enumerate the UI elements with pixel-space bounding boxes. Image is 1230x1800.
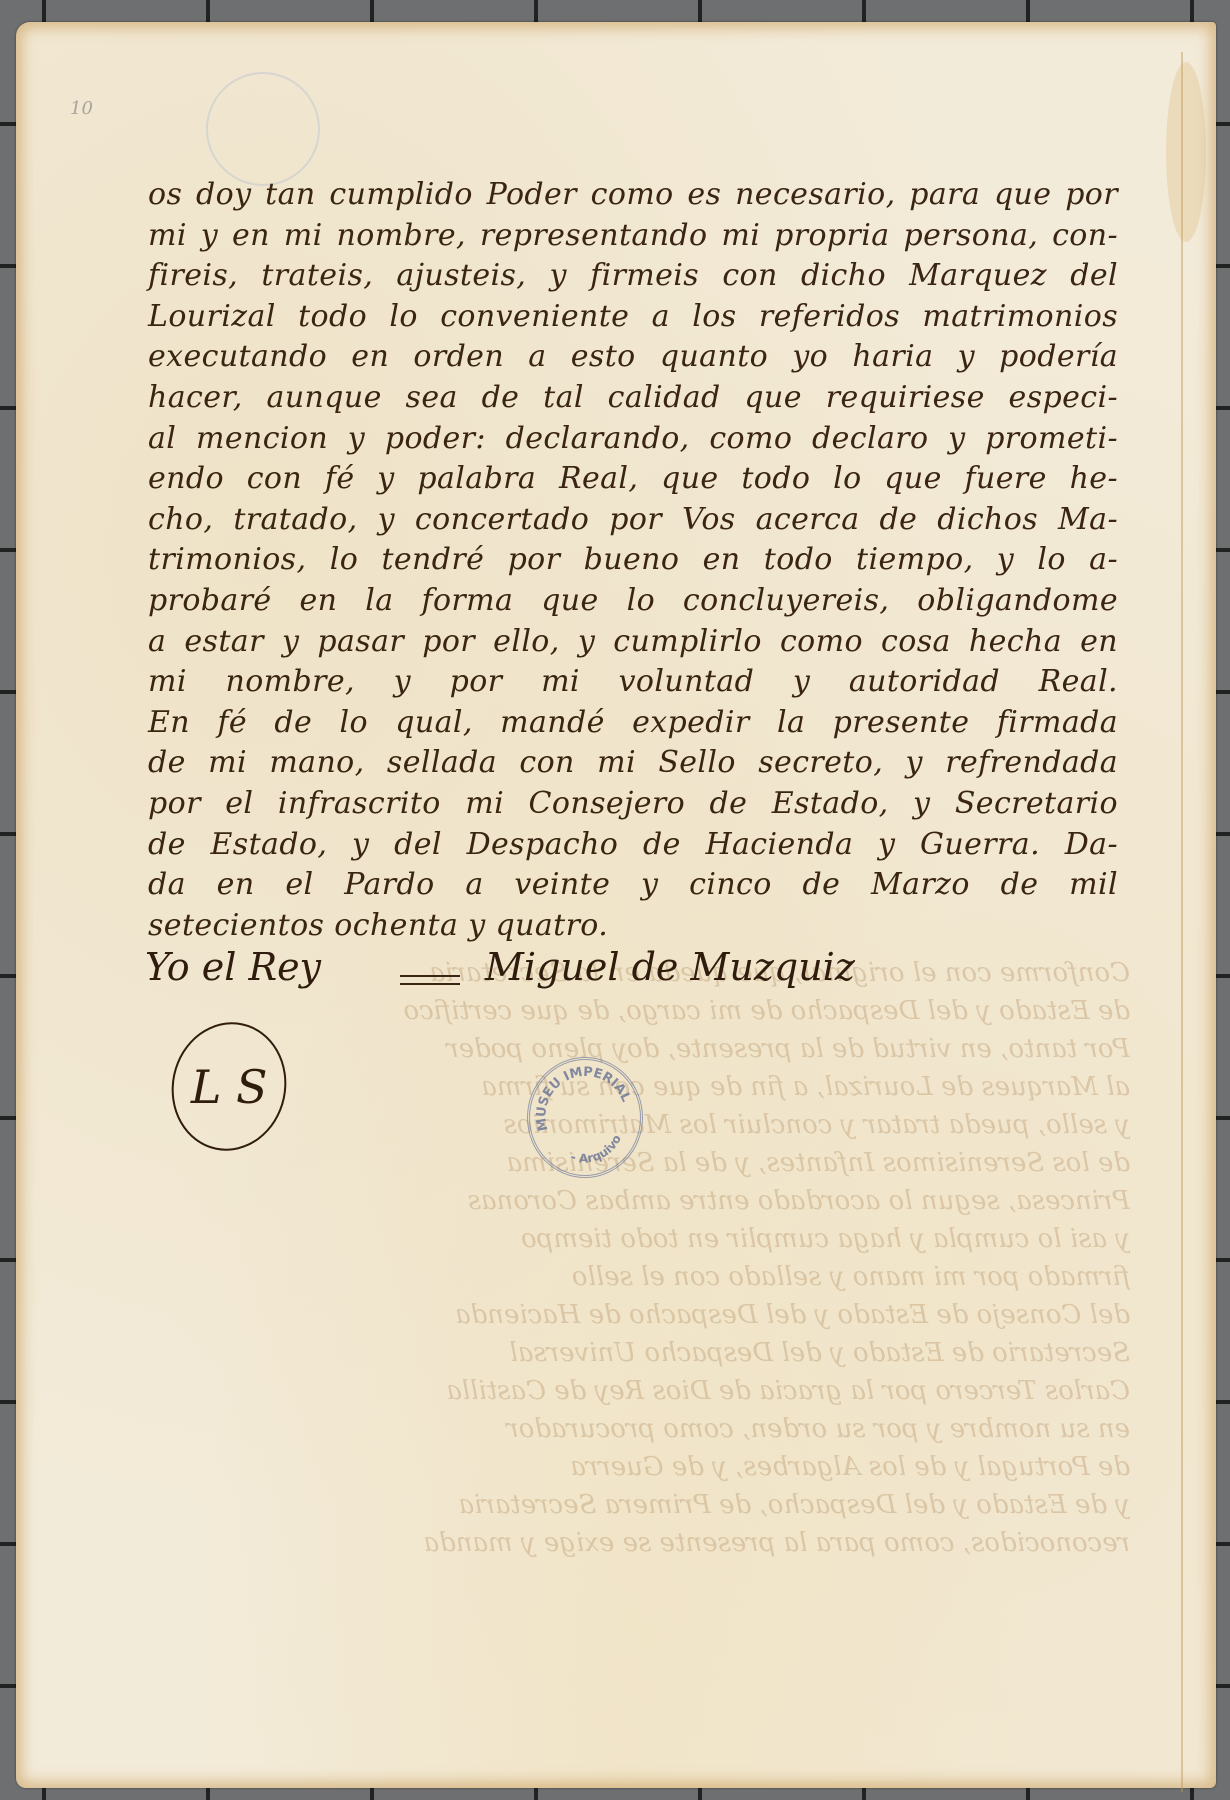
text-line: probaré en la forma que lo concluyereis,… xyxy=(148,581,1118,622)
text-line: mi nombre, y por mi voluntad y autoridad… xyxy=(148,662,1118,703)
signature-block: Yo el Rey Miguel de Muzquiz xyxy=(145,945,945,1005)
svg-text:MUSEU IMPERIAL: MUSEU IMPERIAL xyxy=(534,1065,633,1133)
text-line: da en el Pardo a veinte y cinco de Marzo… xyxy=(148,865,1118,906)
bleed-line: firmado por mi mano y sellado con el sel… xyxy=(140,1262,1130,1292)
seal-text: L S xyxy=(191,1060,268,1114)
text-line: por el infrascrito mi Consejero de Estad… xyxy=(148,784,1118,825)
bleed-line: Carlos Tercero por la gracia de Dios Rey… xyxy=(140,1376,1130,1406)
text-line: En fé de lo qual, mandé expedir la prese… xyxy=(148,703,1118,744)
text-line: trimonios, lo tendré por bueno en todo t… xyxy=(148,540,1118,581)
museum-stamp: MUSEU IMPERIAL - Arquivo - xyxy=(527,1057,643,1178)
king-signature: Yo el Rey xyxy=(145,945,321,989)
text-line: fireis, trateis, ajusteis, y firmeis con… xyxy=(148,256,1118,297)
signature-separator xyxy=(400,975,460,985)
bleed-line: de Portugal y de los Algarbes, y de Guer… xyxy=(140,1452,1130,1482)
bleed-line: en su nombre y por su orden, como procur… xyxy=(140,1414,1130,1444)
page-fold-line xyxy=(1181,52,1183,1792)
bleed-line: Secretario de Estado y del Despacho Univ… xyxy=(140,1338,1130,1368)
text-line: Lourizal todo lo conveniente a los refer… xyxy=(148,297,1118,338)
bleed-line: Princesa, segun lo acordado entre ambas … xyxy=(140,1186,1130,1216)
stamp-ring-icon: MUSEU IMPERIAL - Arquivo - xyxy=(530,1060,640,1175)
text-line: cho, tratado, y concertado por Vos acerc… xyxy=(148,500,1118,541)
text-line: setecientos ochenta y quatro. xyxy=(148,906,1118,947)
bleed-line: y asi lo cumpla y haga cumplir en todo t… xyxy=(140,1224,1130,1254)
water-stain xyxy=(1166,62,1206,242)
bleed-line: y de Estado y del Despacho, de Primera S… xyxy=(140,1490,1130,1520)
text-line: al mencion y poder: declarando, como dec… xyxy=(148,419,1118,460)
minister-signature: Miguel de Muzquiz xyxy=(485,945,855,989)
text-line: a estar y pasar por ello, y cumplirlo co… xyxy=(148,622,1118,663)
bleed-line: reconocidos, como para la presente se ex… xyxy=(140,1528,1130,1558)
manuscript-body: os doy tan cumplido Poder como es necesa… xyxy=(148,175,1118,946)
bleed-line: del Consejo de Estado y del Despacho de … xyxy=(140,1300,1130,1330)
text-line: endo con fé y palabra Real, que todo lo … xyxy=(148,459,1118,500)
text-line: hacer, aunque sea de tal calidad que req… xyxy=(148,378,1118,419)
text-line: os doy tan cumplido Poder como es necesa… xyxy=(148,175,1118,216)
text-line: mi y en mi nombre, representando mi prop… xyxy=(148,216,1118,257)
text-line: executando en orden a esto quanto yo har… xyxy=(148,337,1118,378)
faint-stamp-mark xyxy=(206,72,320,186)
text-line: de Estado, y del Despacho de Hacienda y … xyxy=(148,825,1118,866)
folio-number: 10 xyxy=(70,98,93,119)
text-line: de mi mano, sellada con mi Sello secreto… xyxy=(148,743,1118,784)
stamp-top-text: MUSEU IMPERIAL xyxy=(534,1065,633,1133)
